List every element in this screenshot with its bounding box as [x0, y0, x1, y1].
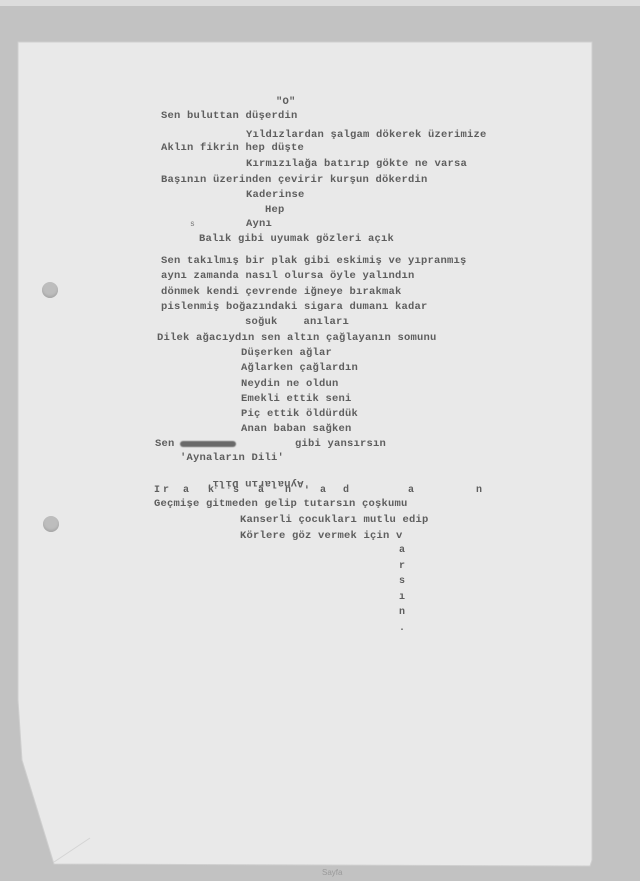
poem-line: aynı zamanda nasıl olursa öyle yalındın: [161, 270, 415, 282]
sen-line-start: Sen: [155, 438, 175, 450]
poem-line: dönmek kendi çevrende iğneye bırakmak: [161, 286, 402, 298]
vertical-letter: a: [399, 545, 405, 557]
poem-line: Emekli ettik seni: [241, 393, 352, 405]
poem-line: Kırmızılağa batırıp gökte ne varsa: [246, 158, 467, 170]
poem-line: Anan baban sağken: [241, 423, 352, 435]
poem-line: Geçmişe gitmeden gelip tutarsın çoşkumu: [154, 498, 408, 510]
vertical-letter: r: [399, 561, 405, 573]
poem-line: Kaderinse: [246, 189, 305, 201]
poem-line: Kanserli çocukları mutlu edip: [240, 514, 429, 526]
spaced-letter: a: [408, 485, 414, 497]
spaced-letter: s: [233, 485, 239, 497]
poem-line: Yıldızlardan şalgam dökerek üzerimize: [246, 129, 487, 141]
poem-line: Aynı: [246, 218, 272, 230]
spaced-letter: n: [476, 485, 482, 497]
punch-hole-top: [42, 282, 58, 298]
poem-line: Piç ettik öldürdük: [241, 408, 358, 420]
poem-line: Sen buluttan düşerdin: [161, 110, 298, 122]
paper-sheet: "O" Sen buluttan düşerdin Yıldızlardan ş…: [0, 0, 640, 881]
vertical-letter: ı: [399, 592, 405, 604]
poem-line: pislenmiş boğazındaki sigara dumanı kada…: [161, 301, 428, 313]
poem-line: Körlere göz vermek için v: [240, 530, 403, 542]
spaced-letter: a: [258, 485, 264, 497]
spaced-letter: n: [285, 485, 291, 497]
poem-line: Sen takılmış bir plak gibi eskimiş ve yı…: [161, 255, 467, 267]
poem-line: Hep: [265, 204, 285, 216]
poem-line: Balık gibi uyumak gözleri açık: [199, 233, 394, 245]
poem-line: Düşerken ağlar: [241, 347, 332, 359]
struck-out-word: [180, 441, 236, 447]
sen-line-end: gibi yansırsın: [295, 438, 386, 450]
quote-line: 'Aynaların Dili': [180, 452, 284, 464]
spaced-letter: a: [320, 485, 326, 497]
poem-title: "O": [276, 96, 296, 108]
poem-line: Ağlarken çağlardın: [241, 362, 358, 374]
poem-line: Dilek ağacıydın sen altın çağlayanın som…: [157, 332, 437, 344]
spaced-letter: r: [163, 485, 169, 497]
poem-line: Neydin ne oldun: [241, 378, 339, 390]
vertical-letter: .: [399, 623, 405, 635]
footer-stamp: Sayfa: [322, 868, 342, 877]
poem-line: soğuk anıları: [245, 316, 349, 328]
spaced-letter: I: [154, 485, 160, 497]
spaced-letter: k: [208, 485, 214, 497]
margin-mark: s: [190, 220, 195, 229]
vertical-letter: n: [399, 607, 405, 619]
spaced-letter: a: [183, 485, 189, 497]
poem-line: Aklın fikrin hep düşte: [161, 142, 304, 154]
spaced-letter: d: [343, 485, 349, 497]
poem-line: Başının üzerinden çevirir kurşun dökerdi…: [161, 174, 428, 186]
vertical-letter: s: [399, 576, 405, 588]
punch-hole-bottom: [43, 516, 59, 532]
